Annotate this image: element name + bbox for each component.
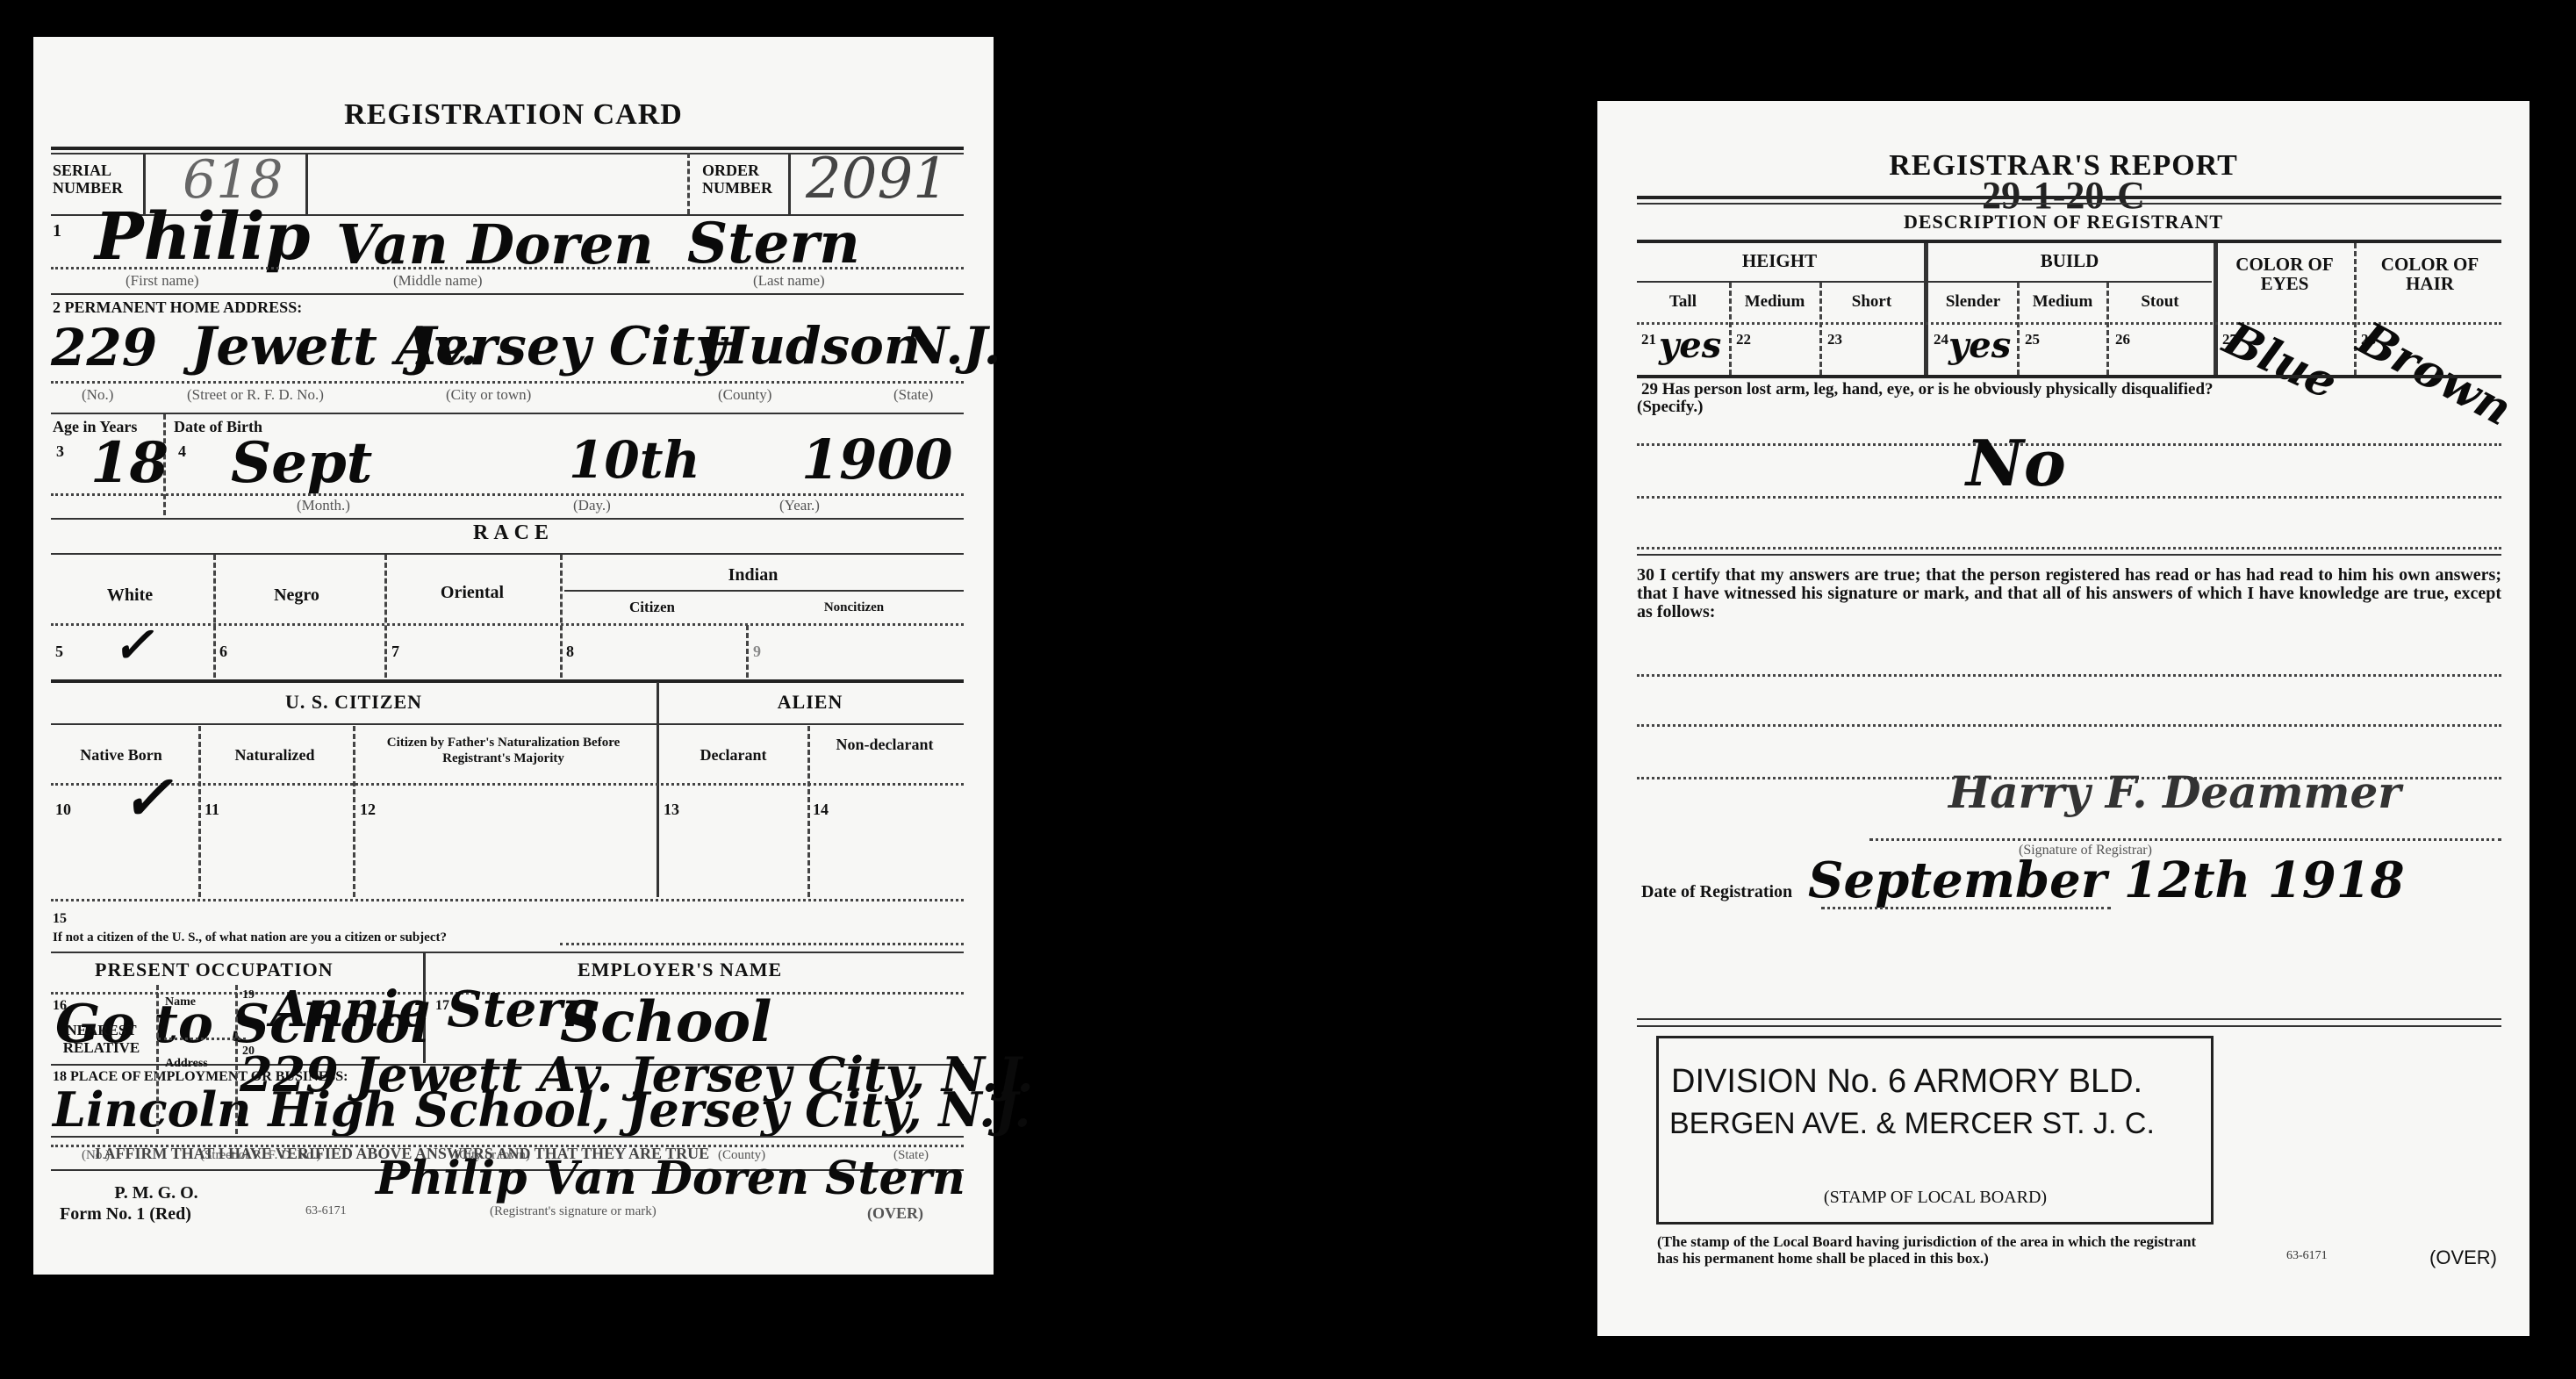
q29-question: 29 Has person lost arm, leg, hand, eye, … (1641, 380, 2214, 399)
field-number: 3 (56, 442, 64, 461)
field-number: 10 (55, 801, 71, 819)
build-header: BUILD (1929, 250, 2210, 272)
field-number: 22 (1736, 331, 1751, 348)
middle-name-label: (Middle name) (393, 272, 483, 290)
registration-card: REGISTRATION CARD SERIAL NUMBER 618 ORDE… (33, 37, 994, 1275)
field-number: 5 (55, 643, 63, 661)
eye-color-value: Blue (2215, 312, 2345, 410)
serial-number-label: SERIAL NUMBER (53, 162, 136, 197)
declarant-label: Declarant (661, 746, 806, 765)
eyes-header: COLOR OF EYES (2219, 255, 2350, 293)
non-declarant-label: Non-declarant (810, 735, 959, 754)
field-number: 7 (391, 643, 399, 661)
first-name: Philip (95, 199, 311, 275)
dob-month-label: (Month.) (297, 497, 350, 514)
form-code: 63-6171 (2286, 1249, 2328, 1263)
field-number: 21 (1641, 331, 1656, 348)
field-number: 26 (2115, 331, 2130, 348)
address-label: 2 PERMANENT HOME ADDRESS: (53, 298, 302, 317)
employer-header: EMPLOYER'S NAME (578, 959, 782, 981)
first-name-label: (First name) (126, 272, 199, 290)
build-slender-label: Slender (1929, 292, 2017, 312)
native-born-checkmark: ✓ (121, 761, 173, 834)
occupation-value: Go to School (55, 994, 430, 1055)
dob-day: 10th (569, 430, 700, 490)
address-county-label: (County) (718, 386, 771, 404)
place-no-label: (No.) (82, 1148, 110, 1163)
field-number: 11 (205, 801, 219, 819)
field-number: 23 (1827, 331, 1842, 348)
place-state-label: (State) (893, 1148, 929, 1163)
height-medium-label: Medium (1731, 292, 1819, 312)
address-city: Jersey City (411, 316, 726, 377)
field-number: 15 (53, 911, 67, 927)
field-number: 14 (813, 801, 829, 819)
place-county-label: (County) (718, 1148, 765, 1163)
registration-date-value: September 12th 1918 (1808, 851, 2405, 909)
race-negro-label: Negro (213, 585, 380, 606)
last-name-label: (Last name) (753, 272, 825, 290)
order-number-label: ORDER NUMBER (702, 162, 786, 197)
height-header: HEIGHT (1637, 250, 1922, 272)
height-short-label: Short (1821, 292, 1922, 312)
q29-specify: (Specify.) (1637, 398, 1703, 417)
address-state-label: (State) (893, 386, 933, 404)
us-citizen-header: U. S. CITIZEN (51, 691, 657, 714)
q30-certification: 30 I certify that my answers are true; t… (1637, 566, 2501, 621)
address-state: N.J. (902, 316, 1001, 376)
race-white-checkmark: ✓ (112, 616, 154, 674)
height-tall-label: Tall (1637, 292, 1729, 312)
field-number: 4 (178, 442, 186, 461)
place-street-label: (Street or R. F. D. No.) (200, 1148, 321, 1163)
address-no: 229 (51, 318, 157, 377)
height-tall-value: yes (1659, 325, 1721, 366)
field-number: 8 (566, 643, 574, 661)
race-indian-noncitizen-label: Noncitizen (749, 600, 959, 615)
address-city-label: (City or town) (446, 386, 531, 404)
dob-year-label: (Year.) (779, 497, 820, 514)
race-header: RACE (33, 521, 994, 545)
dob-day-label: (Day.) (573, 497, 611, 514)
field-number: 13 (664, 801, 679, 819)
address-county: Hudson (700, 316, 921, 376)
address-no-label: (No.) (82, 386, 113, 404)
card-title: REGISTRATION CARD (33, 98, 994, 132)
citizen-by-father-label: Citizen by Father's Naturalization Befor… (356, 735, 650, 766)
dob-month: Sept (231, 430, 372, 496)
field-number: 9 (753, 643, 761, 661)
order-number-value: 2091 (806, 147, 949, 212)
description-subtitle: DESCRIPTION OF REGISTRANT (1597, 211, 2529, 233)
hair-header: COLOR OF HAIR (2357, 255, 2502, 293)
field-number: 12 (360, 801, 376, 819)
registrar-signature: Harry F. Deammer (1948, 766, 2401, 818)
registrars-report-card: REGISTRAR'S REPORT 29-1-20-C DESCRIPTION… (1597, 101, 2529, 1336)
stamp-note: (The stamp of the Local Board having jur… (1657, 1233, 2219, 1267)
employer-value: School (560, 989, 771, 1055)
field-number: 6 (219, 643, 227, 661)
stamp-line-2: BERGEN AVE. & MERCER ST. J. C. (1669, 1107, 2155, 1141)
nationality-question: If not a citizen of the U. S., of what n… (53, 930, 447, 945)
build-slender-value: yes (1948, 325, 2011, 366)
stamp-caption: (STAMP OF LOCAL BOARD) (1659, 1188, 2212, 1208)
field-number: 1 (53, 221, 61, 241)
race-white-label: White (51, 585, 209, 606)
q29-answer: No (1966, 426, 2066, 500)
local-board-stamp-box: DIVISION No. 6 ARMORY BLD. BERGEN AVE. &… (1656, 1036, 2214, 1225)
naturalized-label: Naturalized (200, 746, 349, 765)
race-oriental-label: Oriental (384, 583, 560, 603)
over-label: (OVER) (2429, 1246, 2497, 1269)
build-medium-label: Medium (2019, 292, 2106, 312)
field-number: 25 (2025, 331, 2040, 348)
race-indian-label: Indian (560, 565, 946, 585)
field-number: 24 (1934, 331, 1948, 348)
registration-date-label: Date of Registration (1641, 882, 1792, 902)
race-indian-citizen-label: Citizen (564, 599, 740, 616)
dob-year: 1900 (801, 427, 953, 492)
field-number: 17 (435, 998, 449, 1014)
place-of-employment-value: Lincoln High School, Jersey City, N.J. (53, 1081, 1030, 1138)
address-street-label: (Street or R. F. D. No.) (187, 386, 324, 404)
place-city-label: (City or town) (455, 1148, 530, 1163)
alien-header: ALIEN (657, 691, 964, 714)
age-value: 18 (90, 430, 169, 496)
occupation-header: PRESENT OCCUPATION (95, 959, 334, 981)
build-stout-label: Stout (2108, 292, 2212, 312)
stamp-line-1: DIVISION No. 6 ARMORY BLD. (1671, 1063, 2142, 1101)
